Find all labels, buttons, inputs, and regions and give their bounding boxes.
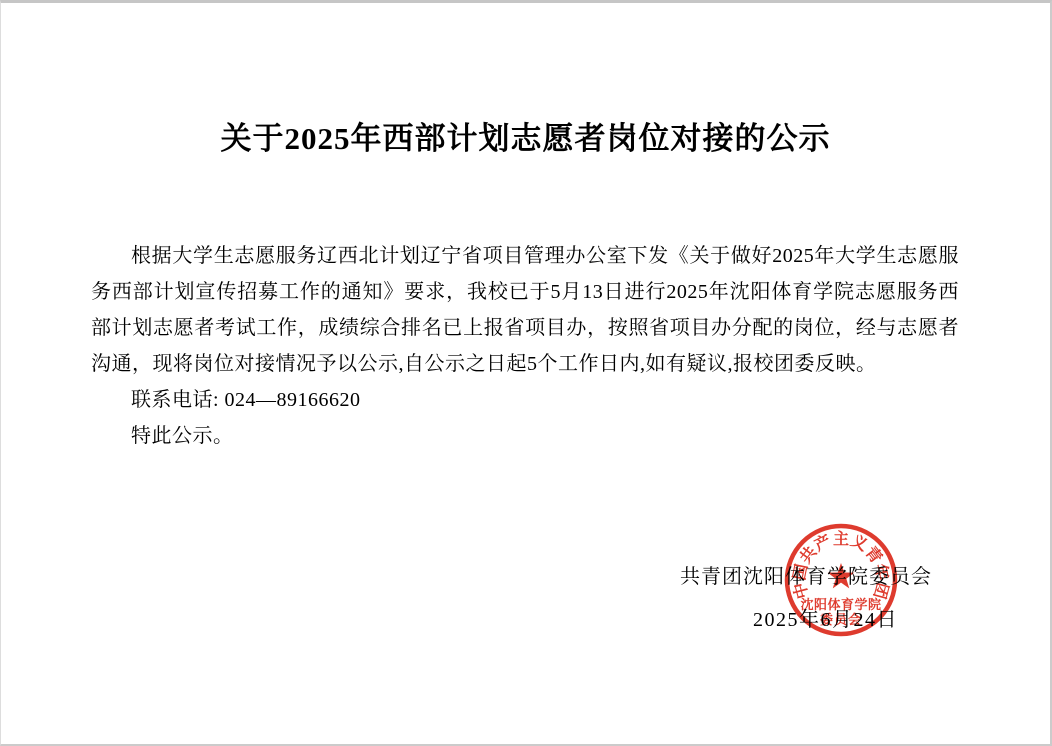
contact-phone-line: 联系电话: 024—89166620: [91, 382, 959, 418]
official-seal: 中国共产主义青年团 沈阳体育学院 委员会: [771, 510, 911, 650]
page-title: 关于2025年西部计划志愿者岗位对接的公示: [1, 113, 1050, 158]
seal-arc-char: 年: [871, 562, 893, 581]
closing-line: 特此公示。: [91, 418, 959, 454]
seal-star-icon: [828, 563, 855, 588]
seal-org-text: 沈阳体育学院: [799, 597, 881, 612]
document-body: 根据大学生志愿服务辽西北计划辽宁省项目管理办公室下发《关于做好2025年大学生志…: [91, 238, 959, 454]
body-paragraph: 根据大学生志愿服务辽西北计划辽宁省项目管理办公室下发《关于做好2025年大学生志…: [91, 238, 959, 382]
seal-committee-text: 委员会: [820, 612, 862, 627]
seal-arc-char: 主: [833, 529, 849, 548]
document-page: 关于2025年西部计划志愿者岗位对接的公示 根据大学生志愿服务辽西北计划辽宁省项…: [0, 0, 1052, 746]
